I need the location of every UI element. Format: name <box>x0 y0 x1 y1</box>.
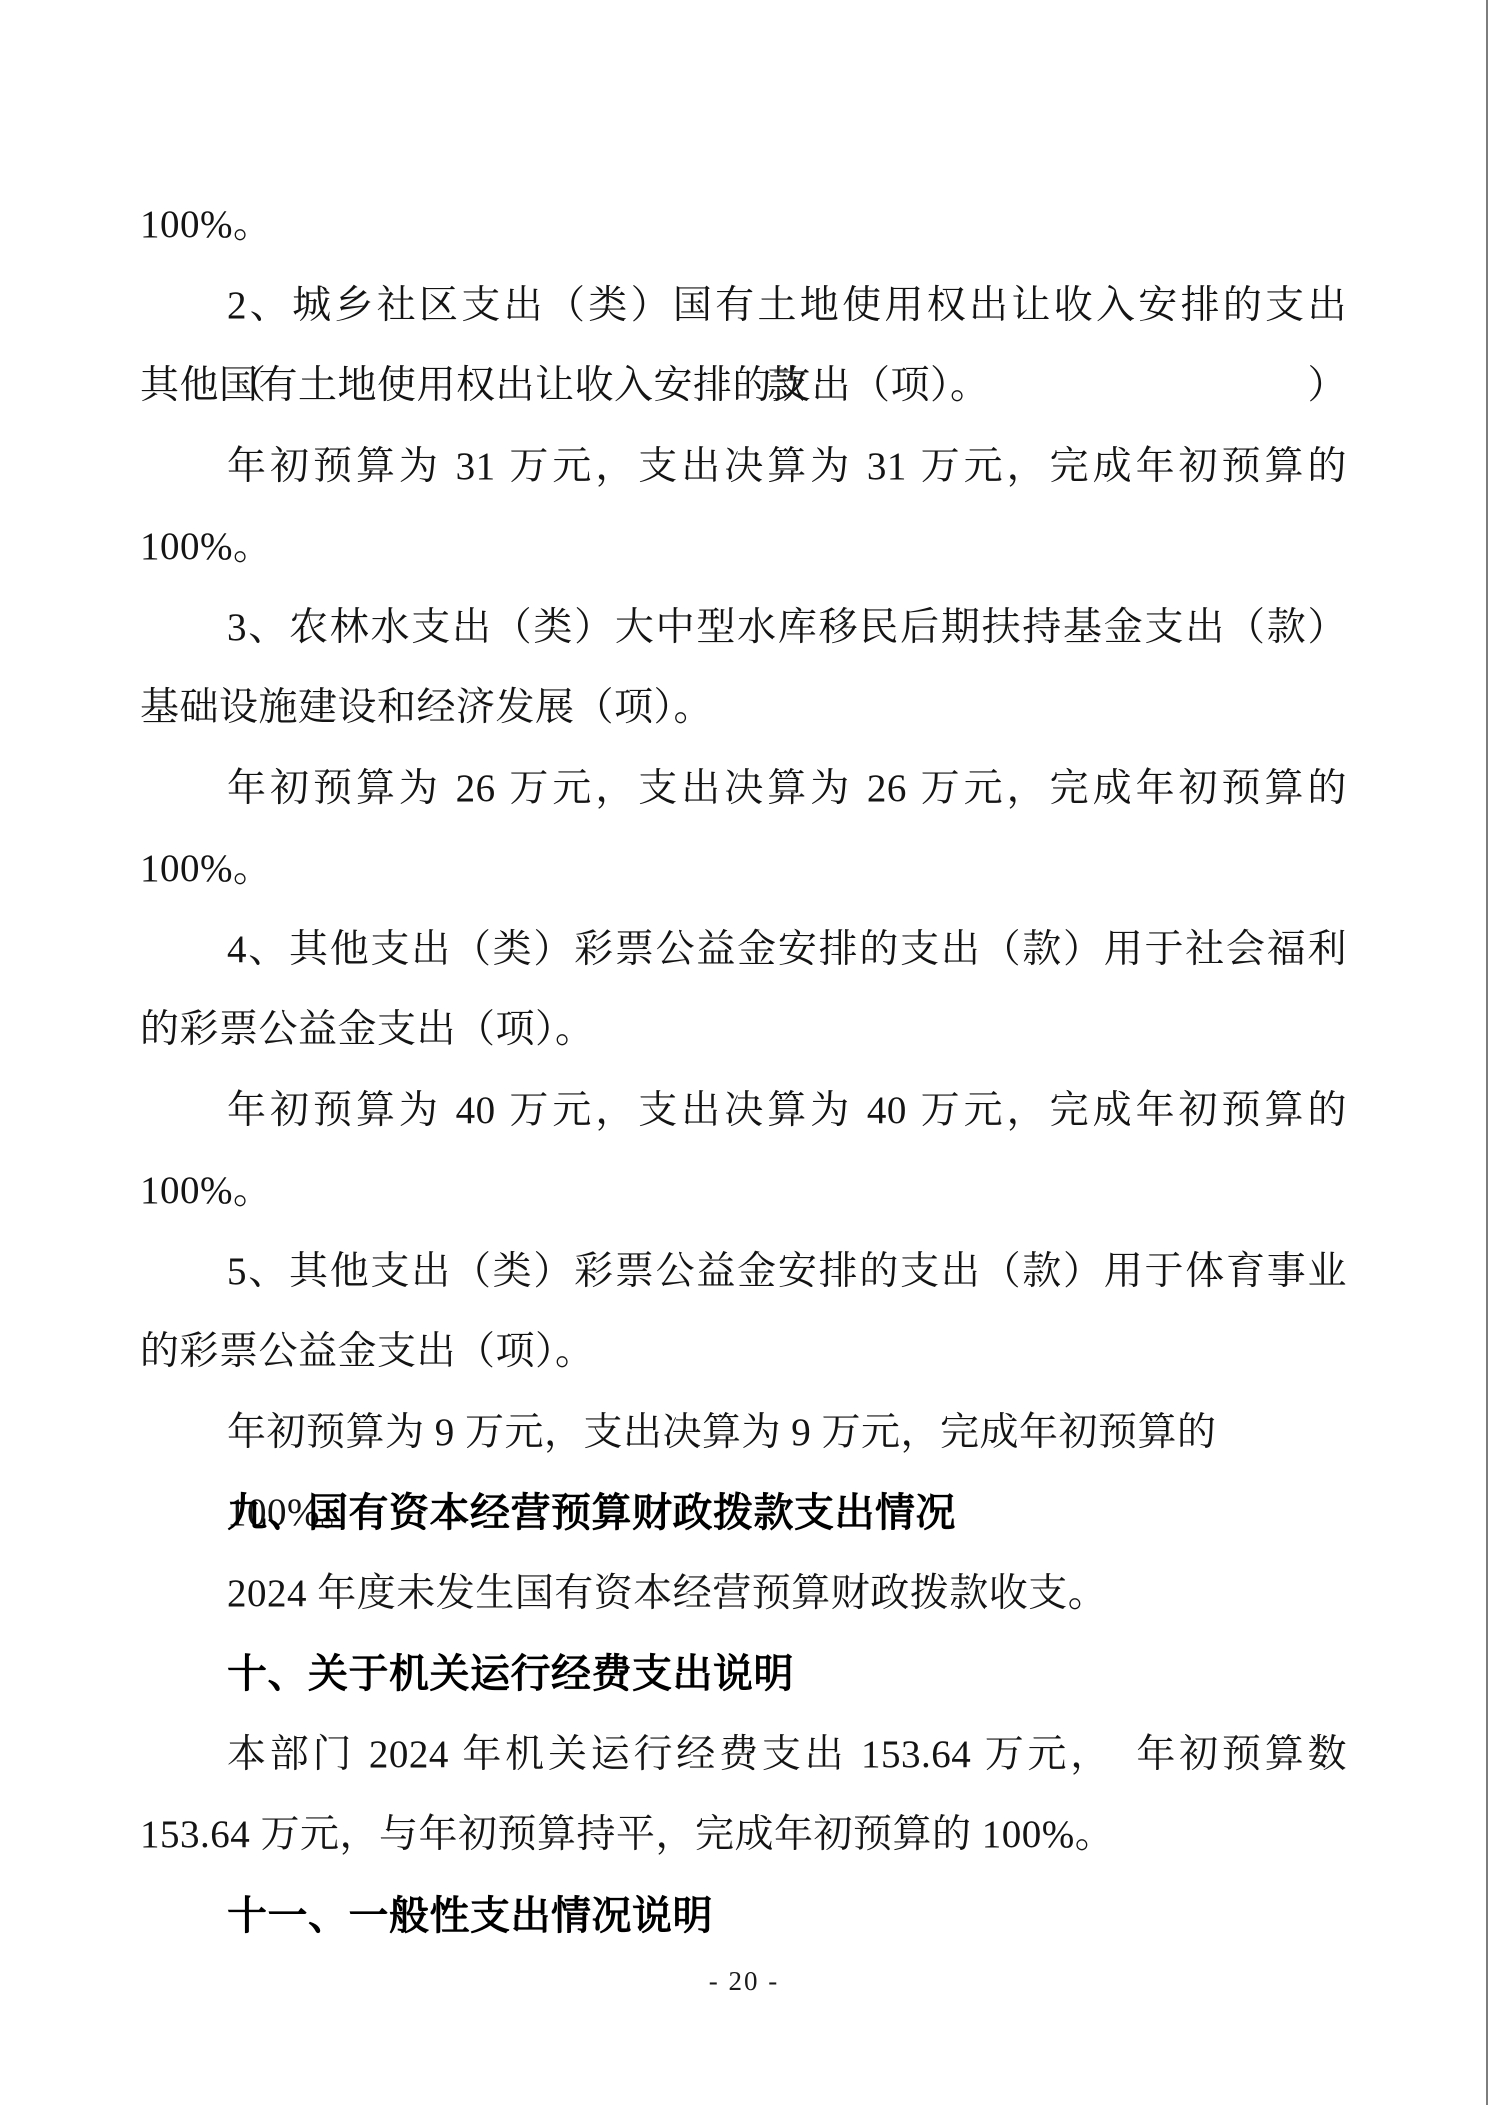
text-line: 100%。 <box>140 829 1347 910</box>
text-line: 年初预算为 40 万元，支出决算为 40 万元，完成年初预算的 <box>140 1071 1347 1152</box>
document-body: 100%。 2、城乡社区支出（类）国有土地使用权出让收入安排的支出（款） 其他国… <box>140 185 1347 1956</box>
text-line: 5、其他支出（类）彩票公益金安排的支出（款）用于体育事业 <box>140 1232 1347 1313</box>
section-heading: 九、国有资本经营预算财政拨款支出情况 <box>140 1473 1347 1554</box>
document-page: 100%。 2、城乡社区支出（类）国有土地使用权出让收入安排的支出（款） 其他国… <box>0 0 1488 2105</box>
text-line: 年初预算为 9 万元，支出决算为 9 万元，完成年初预算的 100%。 <box>140 1393 1347 1474</box>
text-line: 4、其他支出（类）彩票公益金安排的支出（款）用于社会福利 <box>140 910 1347 991</box>
text-line: 100%。 <box>140 185 1347 266</box>
text-line: 2024 年度未发生国有资本经营预算财政拨款收支。 <box>140 1554 1347 1635</box>
text-line: 基础设施建设和经济发展（项）。 <box>140 668 1347 749</box>
text-line: 年初预算为 26 万元，支出决算为 26 万元，完成年初预算的 <box>140 749 1347 830</box>
section-heading: 十、关于机关运行经费支出说明 <box>140 1634 1347 1715</box>
text-line: 153.64 万元，与年初预算持平，完成年初预算的 100%。 <box>140 1795 1347 1876</box>
text-line: 的彩票公益金支出（项）。 <box>140 1312 1347 1393</box>
text-line: 2、城乡社区支出（类）国有土地使用权出让收入安排的支出（款） <box>140 266 1347 347</box>
text-line: 3、农林水支出（类）大中型水库移民后期扶持基金支出（款） <box>140 588 1347 669</box>
text-line: 年初预算为 31 万元，支出决算为 31 万元，完成年初预算的 <box>140 427 1347 508</box>
text-line: 100%。 <box>140 1151 1347 1232</box>
text-line: 100%。 <box>140 507 1347 588</box>
section-heading: 十一、一般性支出情况说明 <box>140 1876 1347 1957</box>
text-line: 本部门 2024 年机关运行经费支出 153.64 万元， 年初预算数 <box>140 1715 1347 1796</box>
page-number: - 20 - <box>0 1966 1488 1997</box>
text-line: 的彩票公益金支出（项）。 <box>140 990 1347 1071</box>
